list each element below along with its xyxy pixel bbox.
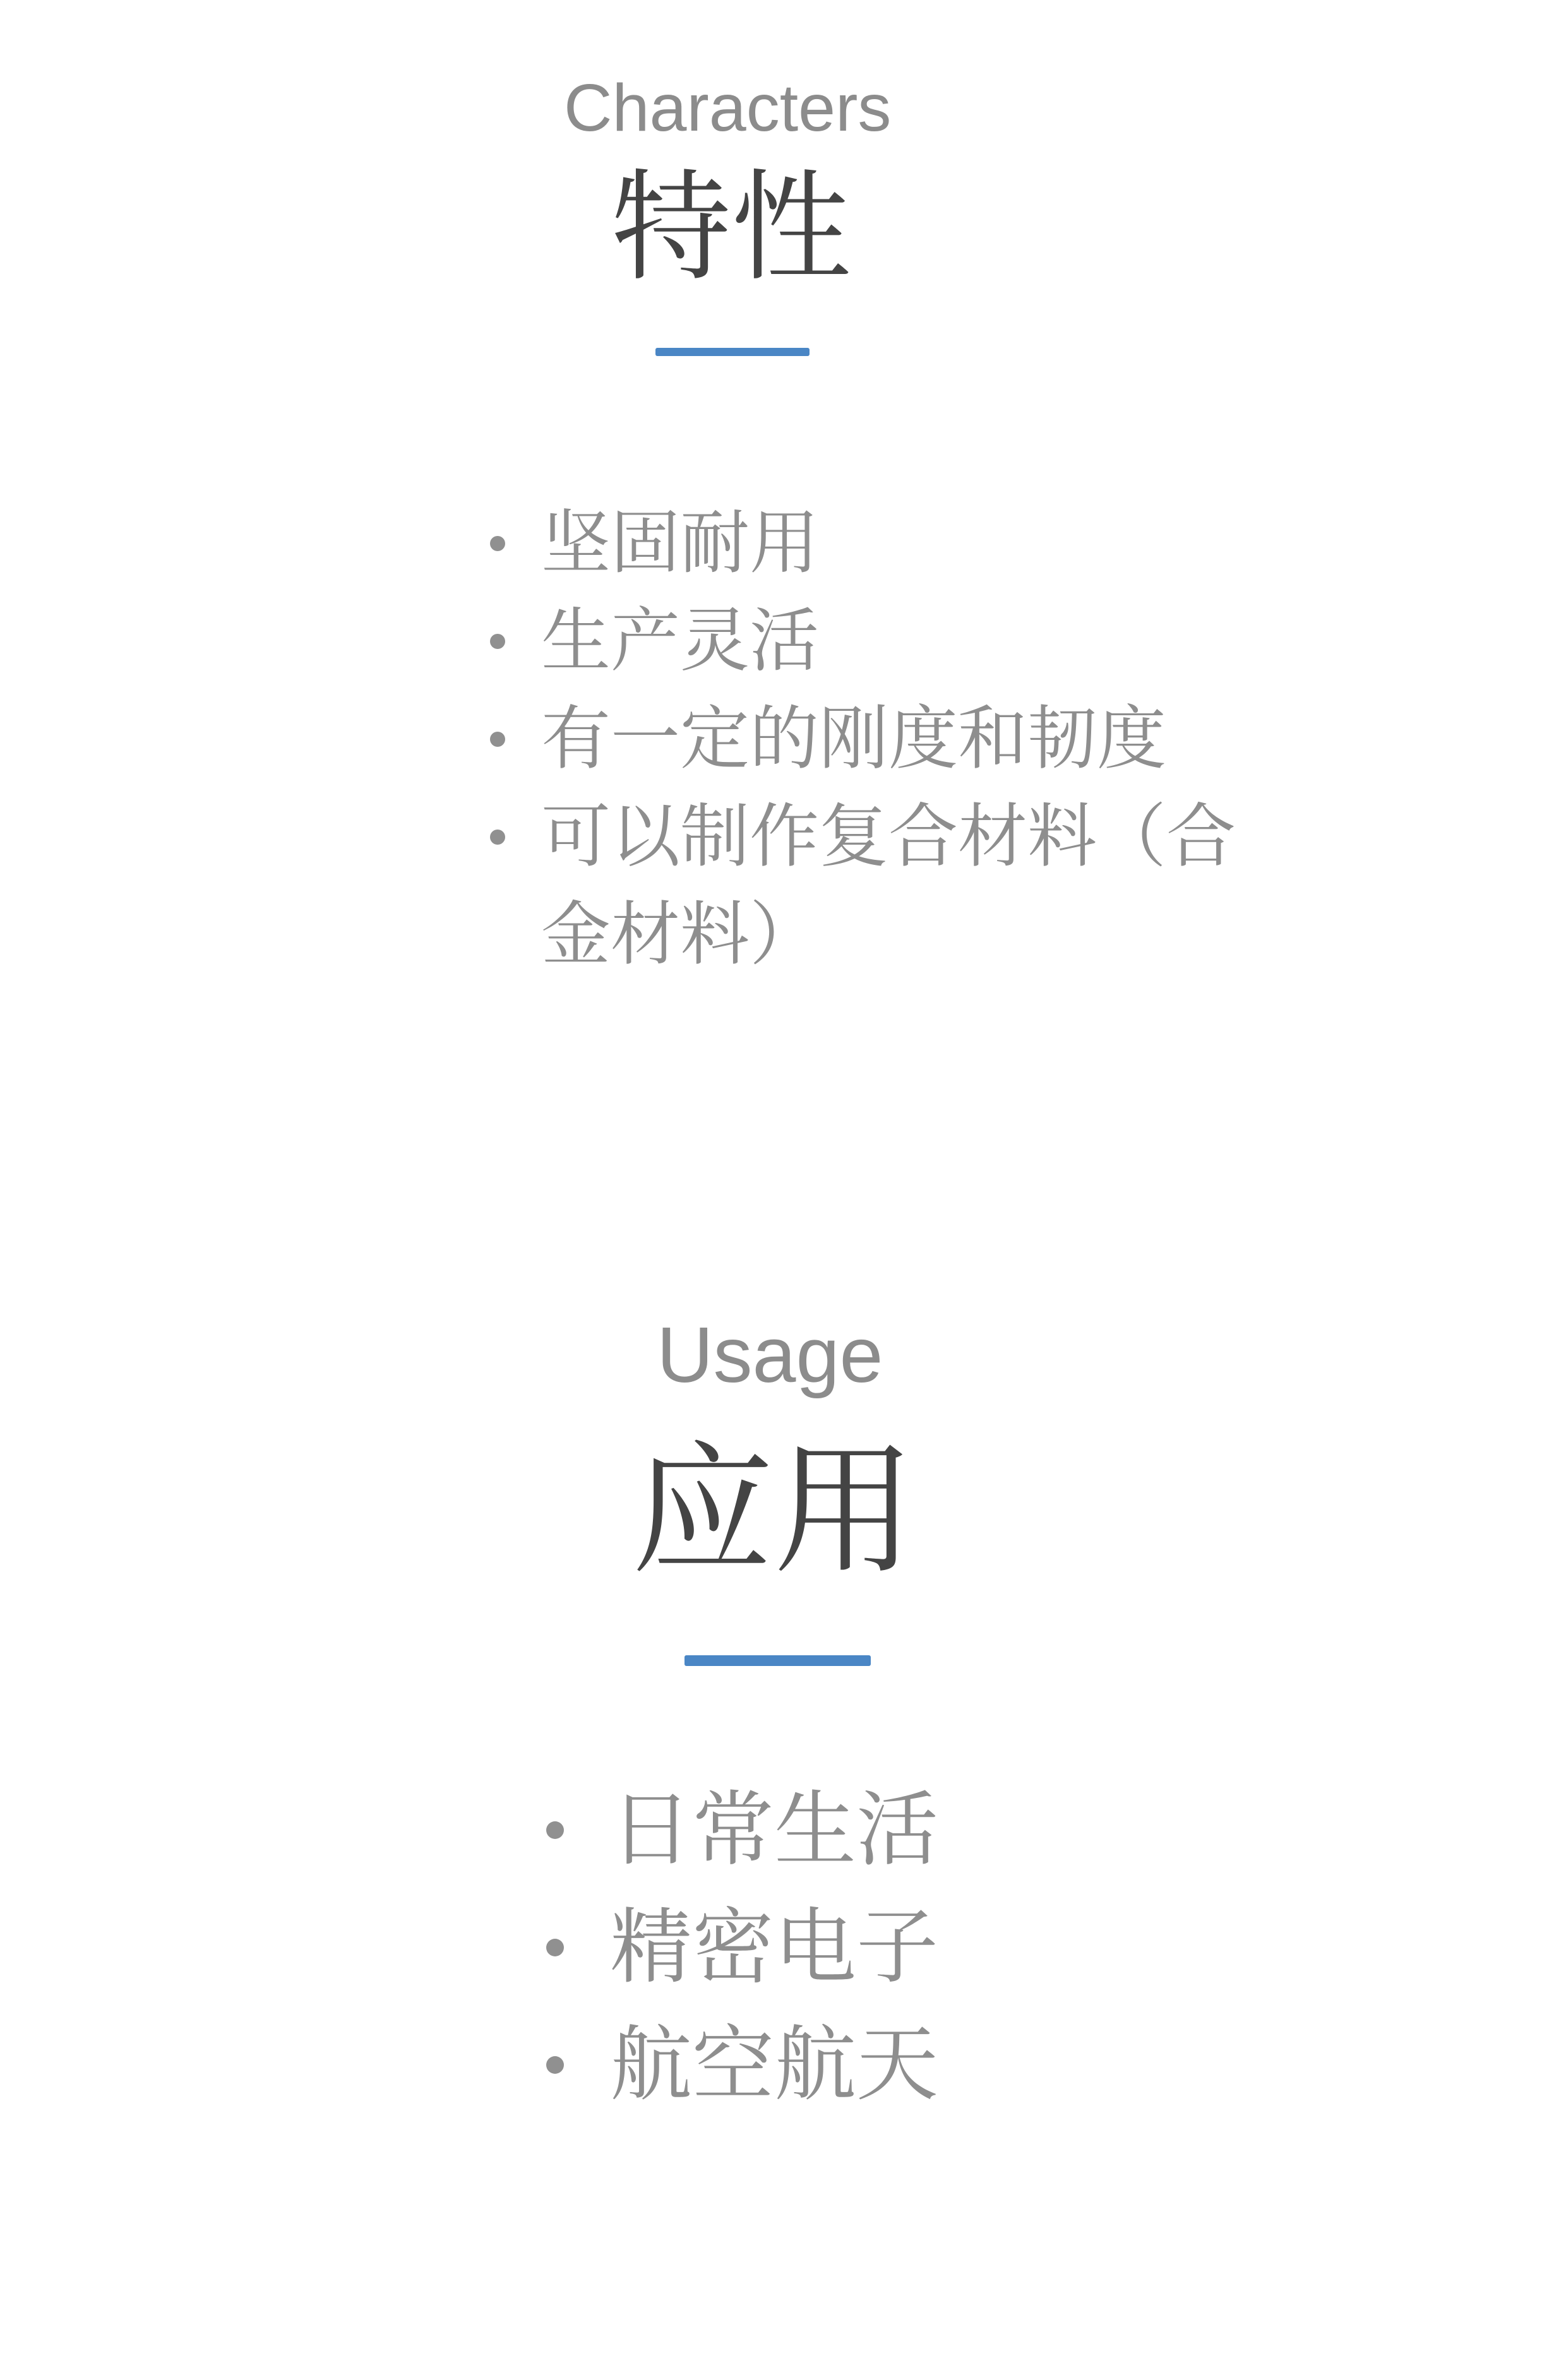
- list-item: 精密电子: [543, 1888, 1048, 2006]
- bullet-icon: [490, 536, 505, 551]
- usage-chinese-heading: 应用: [631, 1441, 916, 1583]
- list-item-text: 精密电子: [610, 1899, 938, 1995]
- list-item-text: 日常生活: [610, 1782, 938, 1877]
- bullet-icon: [490, 830, 505, 845]
- bullet-icon: [546, 1821, 564, 1839]
- characters-english-heading: Characters: [564, 74, 891, 141]
- list-item: 日常生活: [543, 1771, 1048, 1888]
- usage-heading-divider: [684, 1655, 871, 1666]
- bullet-icon: [490, 634, 505, 649]
- list-item-text: 有一定的刚度和韧度: [541, 698, 1166, 779]
- bullet-icon: [546, 2056, 564, 2074]
- usage-list: 日常生活 精密电子 航空航天: [543, 1771, 1048, 2123]
- list-item: 航空航天: [543, 2006, 1048, 2123]
- list-item-text: 航空航天: [610, 2016, 938, 2112]
- list-item-text: 可以制作复合材料（合金材料）: [541, 796, 1236, 975]
- bullet-icon: [490, 732, 505, 747]
- characters-chinese-heading: 特性: [611, 168, 851, 288]
- list-item: 可以制作复合材料（合金材料）: [486, 788, 1244, 984]
- usage-english-heading: Usage: [657, 1316, 883, 1395]
- characters-list: 坚固耐用 生产灵活 有一定的刚度和韧度 可以制作复合材料（合金材料）: [486, 494, 1244, 984]
- bullet-icon: [546, 1939, 564, 1956]
- characters-heading-divider: [655, 348, 810, 356]
- list-item-text: 坚固耐用: [541, 503, 819, 583]
- list-item: 坚固耐用: [486, 494, 1244, 592]
- list-item: 生产灵活: [486, 592, 1244, 690]
- list-item-text: 生产灵活: [541, 600, 819, 681]
- list-item: 有一定的刚度和韧度: [486, 690, 1244, 788]
